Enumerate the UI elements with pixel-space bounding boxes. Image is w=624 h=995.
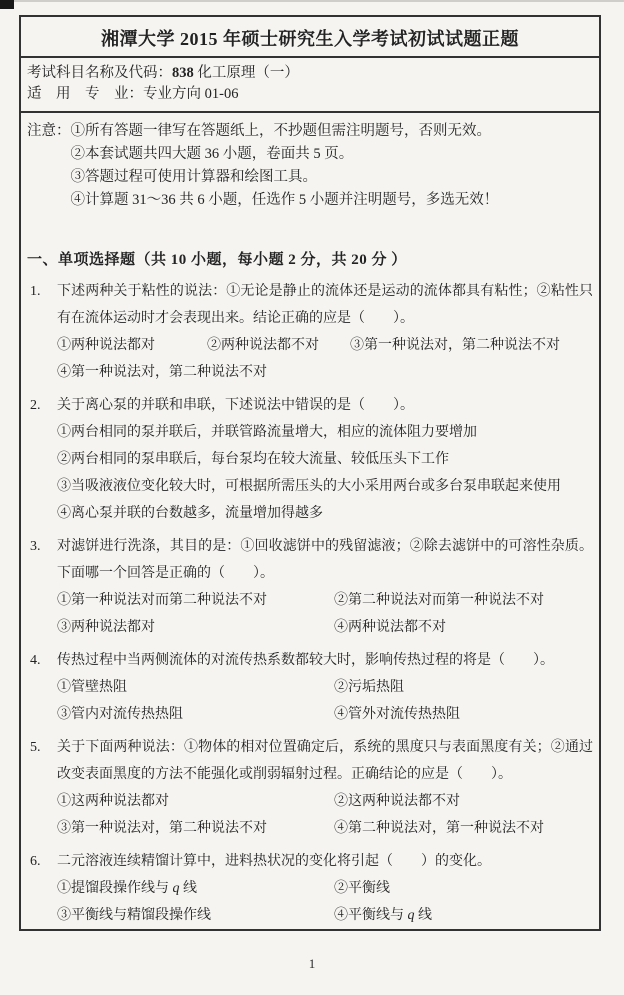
option-item: ④平衡线与 q 线 [334, 902, 593, 929]
option-item: ④两种说法都不对 [334, 614, 593, 641]
question-item-3: 3. 对滤饼进行洗涤，其目的是：①回收滤饼中的残留滤液；②除去滤饼中的可溶性杂质… [21, 533, 593, 641]
scanned-exam-page: { "header": { "title": "湘潭大学 2015 年硕士研究生… [0, 0, 624, 995]
option-text-part: ④平衡线与 [334, 908, 408, 923]
option-item: ②两台相同的泵串联后，每台泵均在较大流量、较低压头下工作 [57, 446, 593, 473]
question-body: 关于下面两种说法：①物体的相对位置确定后，系统的黑度只与表面黑度有关；②通过改变… [57, 734, 593, 842]
question-body: 关于离心泵的并联和串联，下述说法中错误的是（ ）。 ①两台相同的泵并联后，并联管… [57, 392, 593, 527]
option-item: ④第一种说法对，第二种说法不对 [57, 359, 593, 386]
question-text: 对滤饼进行洗涤，其目的是：①回收滤饼中的残留滤液；②除去滤饼中的可溶性杂质。下面… [57, 533, 593, 587]
notice-lines: ①所有答题一律写在答题纸上，不抄题但需注明题号，否则无效。 ②本套试题共四大题 … [71, 120, 592, 212]
option-text-part: 线 [180, 881, 198, 896]
option-item: ①两种说法都对 [57, 332, 207, 359]
option-item: ④离心泵并联的台数越多，流量增加得越多 [57, 500, 593, 527]
option-item: ②第二种说法对而第一种说法不对 [334, 587, 593, 614]
question-text: 下述两种关于粘性的说法：①无论是静止的流体还是运动的流体都具有粘性；②粘性只有在… [57, 278, 593, 332]
options-grid: ①这两种说法都对 ②这两种说法都不对 ③第一种说法对，第二种说法不对 ④第二种说… [57, 788, 593, 842]
option-item: ④第二种说法对，第一种说法不对 [334, 815, 593, 842]
question-item-4: 4. 传热过程中当两侧流体的对流传热系数都较大时，影响传热过程的将是（ ）。 ①… [21, 647, 593, 728]
subject-code: 838 [172, 65, 194, 81]
notice-label: 注意： [27, 120, 71, 212]
option-item: ③平衡线与精馏段操作线 [57, 902, 334, 929]
options-grid: ①管壁热阻 ②污垢热阻 ③管内对流传热热阻 ④管外对流传热热阻 [57, 674, 593, 728]
option-item: ③管内对流传热热阻 [57, 701, 334, 728]
question-text: 二元溶液连续精馏计算中，进料热状况的变化将引起（ ）的变化。 [57, 848, 593, 875]
scan-top-edge-artifact [0, 0, 624, 2]
notice-line: ③答题过程可使用计算器和绘图工具。 [71, 166, 592, 189]
question-body: 对滤饼进行洗涤，其目的是：①回收滤饼中的残留滤液；②除去滤饼中的可溶性杂质。下面… [57, 533, 593, 641]
section-heading: 一、单项选择题（共 10 小题，每小题 2 分，共 20 分 ） [27, 248, 599, 269]
option-item: ①第一种说法对而第二种说法不对 [57, 587, 334, 614]
question-item-5: 5. 关于下面两种说法：①物体的相对位置确定后，系统的黑度只与表面黑度有关；②通… [21, 734, 593, 842]
option-item: ③两种说法都对 [57, 614, 334, 641]
question-number: 6. [21, 848, 57, 929]
notice-line: ④计算题 31～36 共 6 小题，任选作 5 小题并注明题号，多选无效！ [71, 189, 592, 212]
option-item: ③第一种说法对，第二种说法不对 [57, 815, 334, 842]
option-item: ③当吸液液位变化较大时，可根据所需压头的大小采用两台或多台泵串联起来使用 [57, 473, 593, 500]
subject-label: 考试科目名称及代码： [27, 65, 172, 81]
question-item-2: 2. 关于离心泵的并联和串联，下述说法中错误的是（ ）。 ①两台相同的泵并联后，… [21, 392, 593, 527]
option-text-part: ①提馏段操作线与 [57, 881, 173, 896]
exam-meta-block: 考试科目名称及代码：838 化工原理（一） 适 用 专 业：专业方向 01-06 [21, 58, 599, 113]
notice-line: ①所有答题一律写在答题纸上，不抄题但需注明题号，否则无效。 [71, 120, 592, 143]
option-item: ②平衡线 [334, 875, 593, 902]
option-text-part: ②平衡线 [334, 881, 390, 896]
options-grid: ①第一种说法对而第二种说法不对 ②第二种说法对而第一种说法不对 ③两种说法都对 … [57, 587, 593, 641]
page-number: 1 [0, 956, 624, 972]
question-text: 传热过程中当两侧流体的对流传热系数都较大时，影响传热过程的将是（ ）。 [57, 647, 593, 674]
option-item: ①这两种说法都对 [57, 788, 334, 815]
exam-sheet-border-box: 湘潭大学 2015 年硕士研究生入学考试初试试题正题 考试科目名称及代码：838… [19, 15, 601, 931]
option-item: ④管外对流传热热阻 [334, 701, 593, 728]
question-item-1: 1. 下述两种关于粘性的说法：①无论是静止的流体还是运动的流体都具有粘性；②粘性… [21, 278, 593, 386]
major-line: 适 用 专 业：专业方向 01-06 [27, 84, 591, 105]
option-text-part: ③平衡线与精馏段操作线 [57, 908, 211, 923]
option-item: ②这两种说法都不对 [334, 788, 593, 815]
question-body: 二元溶液连续精馏计算中，进料热状况的变化将引起（ ）的变化。 ①提馏段操作线与 … [57, 848, 593, 929]
exam-title: 湘潭大学 2015 年硕士研究生入学考试初试试题正题 [21, 17, 599, 58]
option-item: ③第一种说法对，第二种说法不对 [350, 338, 560, 353]
options-row: ①两种说法都对②两种说法都不对③第一种说法对，第二种说法不对 [57, 332, 593, 359]
option-item: ①两台相同的泵并联后，并联管路流量增大，相应的流体阻力要增加 [57, 419, 593, 446]
notice-line: ②本套试题共四大题 36 小题，卷面共 5 页。 [71, 143, 592, 166]
option-item: ②两种说法都不对 [207, 332, 350, 359]
options-grid: ①提馏段操作线与 q 线 ②平衡线 ③平衡线与精馏段操作线 ④平衡线与 q 线 [57, 875, 593, 929]
scan-corner-mark-artifact [0, 0, 14, 9]
option-item: ①提馏段操作线与 q 线 [57, 875, 334, 902]
math-variable-q: q [408, 908, 415, 923]
question-number: 4. [21, 647, 57, 728]
major-label: 适 用 专 业： [27, 86, 143, 102]
option-text-part: 线 [415, 908, 433, 923]
question-number: 3. [21, 533, 57, 641]
question-body: 传热过程中当两侧流体的对流传热系数都较大时，影响传热过程的将是（ ）。 ①管壁热… [57, 647, 593, 728]
question-number: 2. [21, 392, 57, 527]
question-number: 5. [21, 734, 57, 842]
notice-block: 注意： ①所有答题一律写在答题纸上，不抄题但需注明题号，否则无效。 ②本套试题共… [21, 113, 599, 222]
math-variable-q: q [173, 881, 180, 896]
question-text: 关于离心泵的并联和串联，下述说法中错误的是（ ）。 [57, 392, 593, 419]
major-value: 专业方向 01-06 [143, 86, 238, 102]
option-item: ②污垢热阻 [334, 674, 593, 701]
question-number: 1. [21, 278, 57, 386]
question-text: 关于下面两种说法：①物体的相对位置确定后，系统的黑度只与表面黑度有关；②通过改变… [57, 734, 593, 788]
question-item-6: 6. 二元溶液连续精馏计算中，进料热状况的变化将引起（ ）的变化。 ①提馏段操作… [21, 848, 593, 929]
subject-line: 考试科目名称及代码：838 化工原理（一） [27, 63, 591, 84]
subject-name: 化工原理（一） [194, 65, 299, 81]
options-stack: ①两台相同的泵并联后，并联管路流量增大，相应的流体阻力要增加 ②两台相同的泵串联… [57, 419, 593, 527]
question-body: 下述两种关于粘性的说法：①无论是静止的流体还是运动的流体都具有粘性；②粘性只有在… [57, 278, 593, 386]
question-list: 1. 下述两种关于粘性的说法：①无论是静止的流体还是运动的流体都具有粘性；②粘性… [21, 278, 599, 929]
option-item: ①管壁热阻 [57, 674, 334, 701]
